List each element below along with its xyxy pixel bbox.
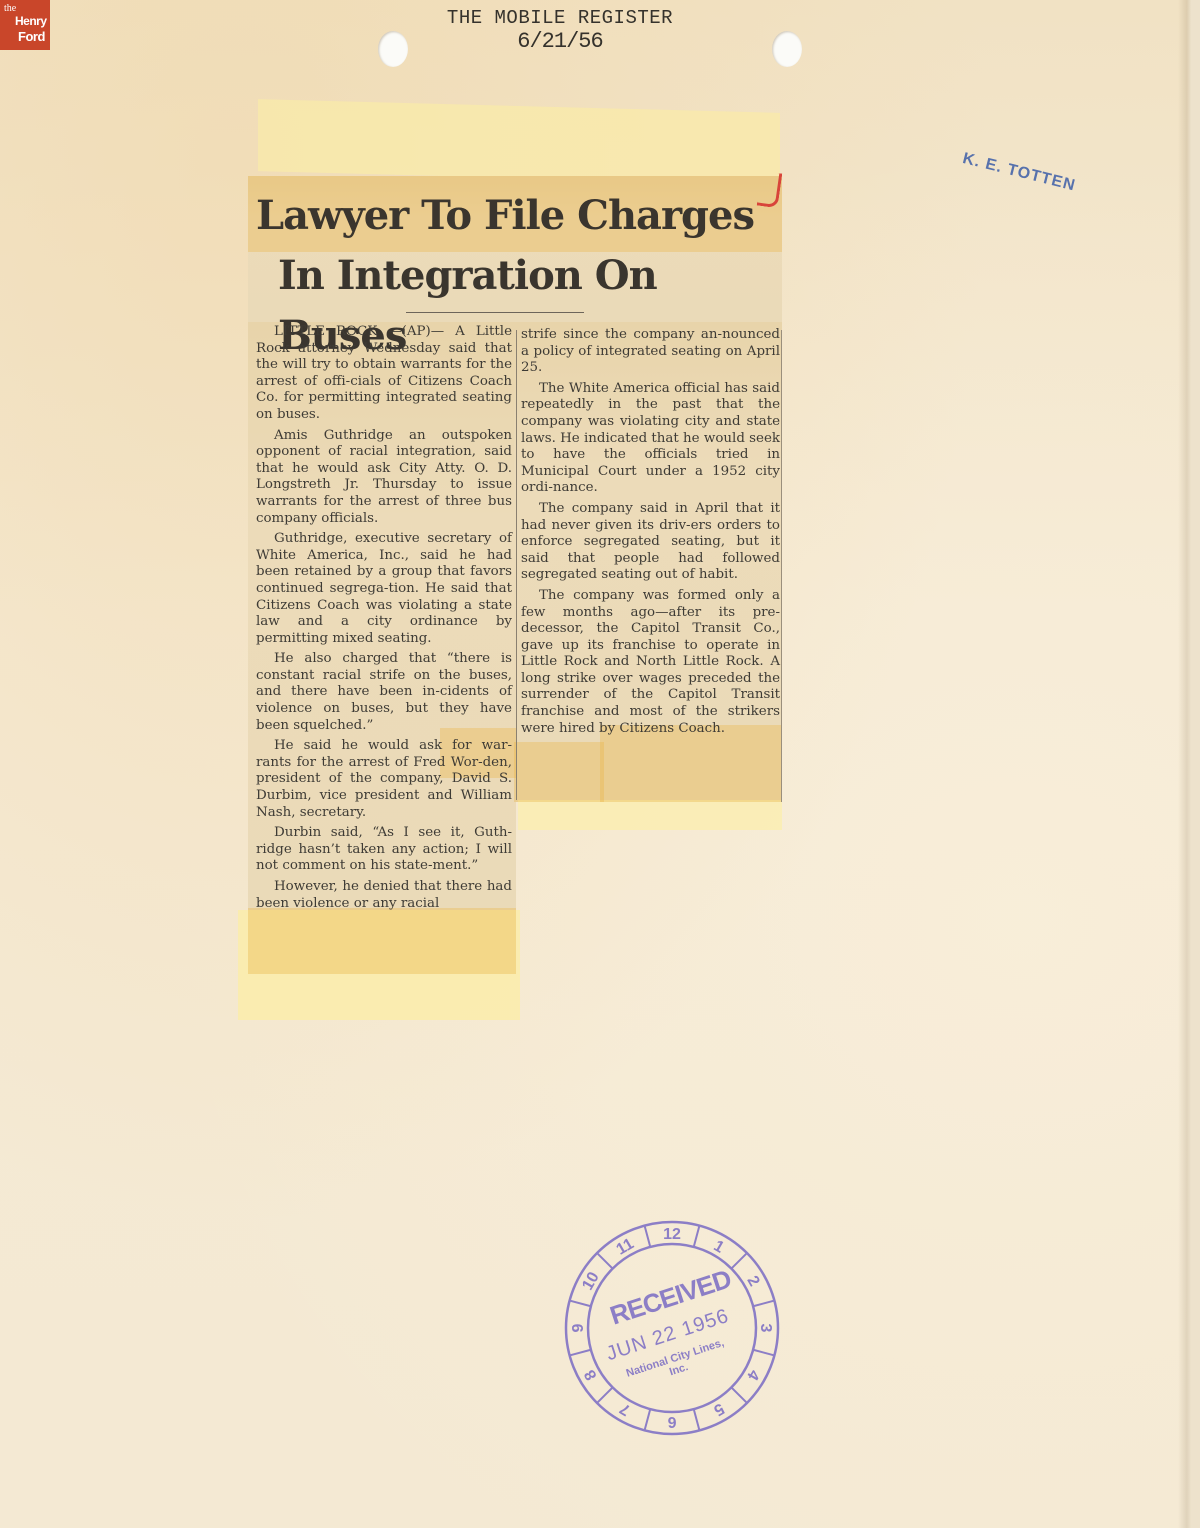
svg-text:6: 6	[667, 1413, 676, 1430]
paragraph: He said he would ask for war-rants for t…	[256, 738, 512, 821]
logo-ford: Ford	[18, 29, 45, 44]
paragraph: However, he denied that there had been v…	[256, 879, 512, 912]
received-date-stamp: 121234567891011 RECEIVED JUN 22 1956 Nat…	[560, 1212, 784, 1444]
logo-henry: Henry	[15, 14, 47, 28]
publication-date: 6/21/56	[420, 29, 700, 54]
paragraph: Durbin said, “As I see it, Guth-ridge ha…	[256, 825, 512, 875]
headline-line-1: Lawyer To File Charges	[256, 186, 782, 246]
tape-stain	[248, 908, 516, 974]
paragraph: The White America official has said repe…	[521, 381, 780, 497]
sheet-edge	[1178, 0, 1200, 1528]
logo-the: the	[4, 3, 16, 14]
paragraph: strife since the company an-nounced a po…	[521, 327, 780, 377]
svg-text:3: 3	[757, 1324, 774, 1333]
paragraph: The company said in April that it had ne…	[521, 501, 780, 584]
paragraph: He also charged that “there is constant …	[256, 651, 512, 734]
column-divider	[516, 330, 517, 800]
punch-hole	[378, 31, 408, 67]
svg-text:9: 9	[570, 1323, 587, 1332]
punch-hole	[772, 31, 802, 67]
paragraph: LITTLE ROCK —(AP)— A Little Rock attorne…	[256, 324, 512, 424]
paragraph: The company was formed only a few months…	[521, 588, 780, 737]
routing-name-stamp: K. E. TOTTEN	[961, 150, 1078, 195]
tape-strip-right	[518, 800, 782, 830]
publication-name: THE MOBILE REGISTER	[420, 7, 700, 29]
paragraph: Amis Guthridge an outspoken opponent of …	[256, 428, 512, 528]
article-right-column: strife since the company an-nounced a po…	[521, 327, 780, 741]
henry-ford-logo: the Henry Ford	[0, 0, 50, 50]
article-left-column: LITTLE ROCK —(AP)— A Little Rock attorne…	[256, 324, 512, 916]
headline-rule	[406, 312, 584, 313]
tape-strip-top	[258, 99, 780, 185]
typed-source-header: THE MOBILE REGISTER 6/21/56	[420, 7, 700, 54]
clipping-edge	[781, 330, 782, 802]
svg-text:12: 12	[663, 1226, 681, 1243]
tape-stain	[514, 742, 604, 802]
paragraph: Guthridge, executive secretary of White …	[256, 531, 512, 647]
svg-text:11: 11	[614, 1235, 637, 1258]
